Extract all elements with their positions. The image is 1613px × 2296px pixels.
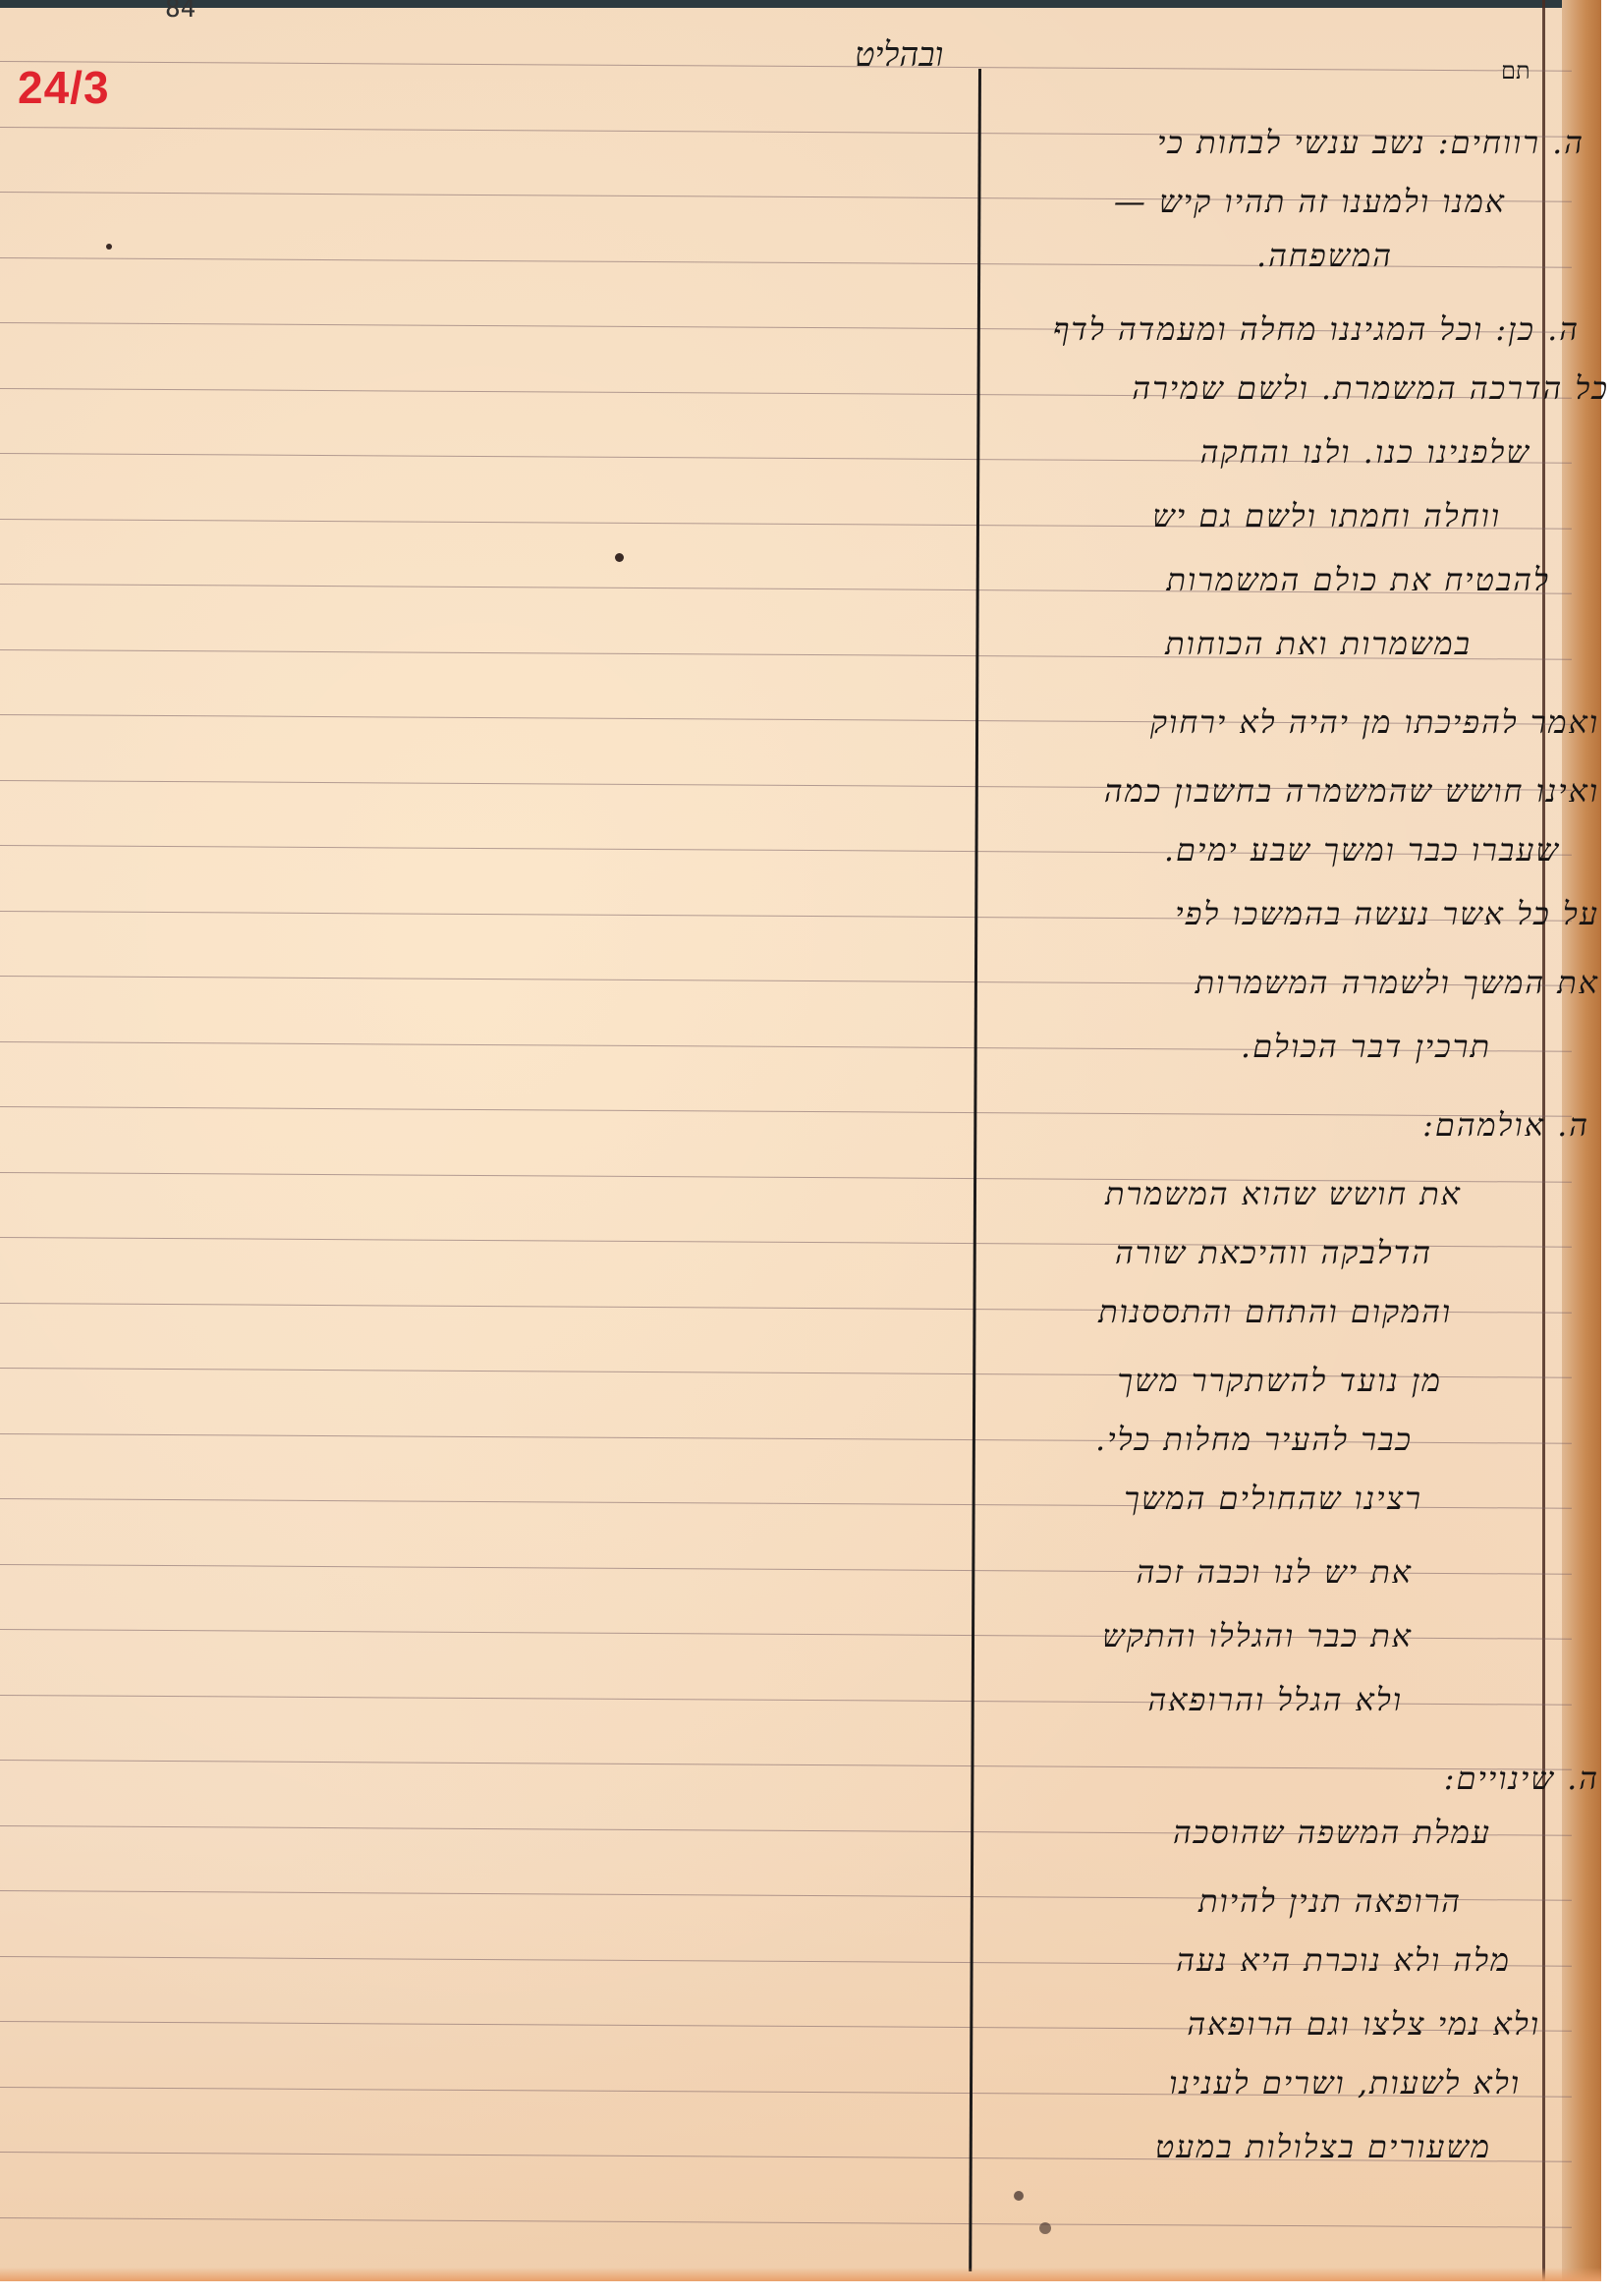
handwritten-line: עמלת המשפה שהוסכה — [1173, 1814, 1491, 1851]
handwritten-line: ולא לשעות, ושרים לענינו — [1169, 2064, 1521, 2101]
handwritten-line: והמקום והתחם והתססנות — [1098, 1293, 1452, 1330]
handwritten-line: במשמרות ואת הכוחות — [1165, 625, 1472, 662]
handwritten-line: את חושש שהוא המשמרת — [1105, 1175, 1462, 1212]
handwritten-line: את יש לנו וכבה זכה — [1137, 1553, 1413, 1591]
handwritten-line: את המשך ולשמרה המשמרות — [1196, 964, 1599, 1001]
handwritten-line: רצינו שהחולים המשך — [1124, 1480, 1422, 1517]
handwritten-line: ה. רווחים: נשב ענשי לבחות כי — [1157, 124, 1585, 161]
handwritten-line: ואינו חושש שהמשמרה בחשבון כמה — [1104, 772, 1599, 810]
handwritten-line: להבטיח את כולם המשמרות — [1166, 561, 1550, 598]
handwritten-line: המשפחה. — [1256, 237, 1393, 274]
ink-spot — [1014, 2191, 1024, 2201]
page-number-mark: 84 — [165, 0, 195, 24]
handwritten-line: ה. שינויים: — [1444, 1760, 1599, 1797]
ink-spot — [1039, 2222, 1051, 2234]
handwritten-line: על כל אשר נעשה בהמשכו לפי — [1175, 895, 1599, 932]
margin-note: ובהליט — [855, 35, 943, 75]
handwritten-line: מן נועד להשתקרר משך — [1117, 1362, 1442, 1399]
handwritten-line: את כבר והגללו והתקש — [1102, 1617, 1413, 1654]
scan-top-edge — [0, 0, 1601, 8]
handwritten-line: משעורים בצלולות במעט — [1155, 2128, 1491, 2165]
handwritten-line: ולא הגלל והרופאה — [1147, 1681, 1403, 1718]
ruled-line — [0, 1106, 1572, 1117]
handwritten-line: ואמר להפיכתו מן יהיה לא ירחוק — [1150, 703, 1599, 741]
ruled-line — [0, 61, 1572, 72]
ruled-line — [0, 1760, 1572, 1770]
corner-note: תם — [1501, 57, 1530, 85]
handwritten-line: הדלבקה ווהיכאת שורה — [1115, 1234, 1432, 1271]
handwritten-line: ווחלה וחמתו ולשם גם יש — [1152, 497, 1501, 534]
handwritten-line: ה. אולמהם: — [1422, 1106, 1589, 1144]
ruled-line — [0, 2217, 1572, 2228]
handwritten-line: שעברו כבר ומשך שבע ימים. — [1164, 831, 1560, 868]
scanned-page: 84 24/3 ובהליט תם ה. רווחים: נשב ענשי לב… — [0, 0, 1601, 2281]
left-margin-line — [969, 69, 981, 2271]
handwritten-line: ולא נמי צלצו וגם הרופאה — [1187, 2005, 1540, 2043]
handwritten-line: הרופאה תנין להיות — [1198, 1882, 1462, 1920]
handwritten-line: אמנו ולמענו זה תהיו קיש — — [1114, 183, 1506, 220]
handwritten-line: כל הדרכה המשמרת. ולשם שמירה — [1132, 369, 1609, 407]
ink-spot — [615, 553, 624, 562]
date-label: 24/3 — [18, 61, 110, 114]
handwritten-line: ה. כן: וכל המגיננו מחלה ומעמדה לדף — [1053, 310, 1580, 348]
handwritten-line: שלפנינו כנו. ולנו והחקה — [1200, 433, 1530, 471]
ink-spot — [106, 244, 112, 250]
handwritten-line: כבר להעיר מחלות כלי. — [1095, 1421, 1413, 1458]
handwritten-line: מלה ולא נוכרת היא נעה — [1176, 1941, 1511, 1979]
handwritten-line: תרכין דבר הכולם. — [1241, 1028, 1491, 1065]
